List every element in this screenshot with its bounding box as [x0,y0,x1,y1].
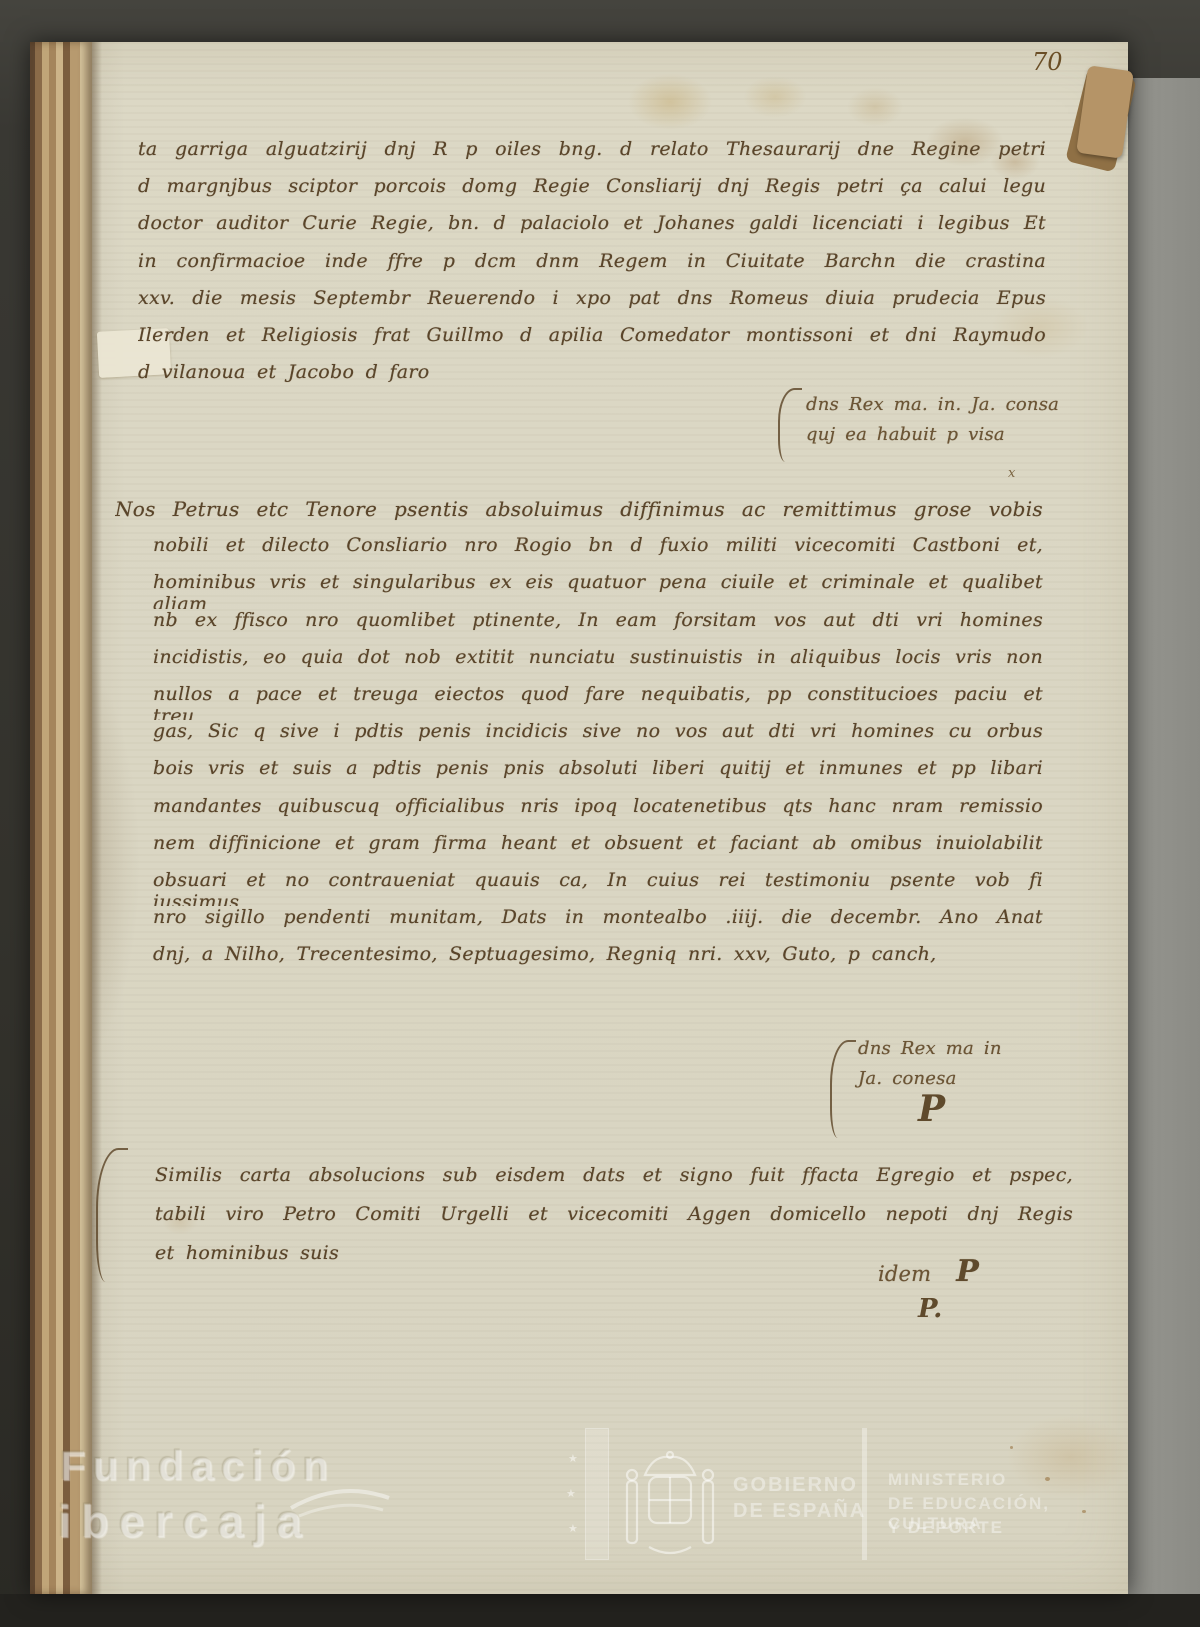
ministerio-watermark-line3: Y DEPORTE [888,1518,1004,1538]
stain [1010,1446,1013,1449]
binding-edge [30,42,92,1594]
margin-bracket [778,388,802,462]
manuscript-line: hominibus vris et singularibus ex eis qu… [115,571,1043,608]
star-icon: ★ [568,1522,578,1535]
folio-number: 70 [1032,48,1063,76]
manuscript-line: incidistis, eo quia dot nob extitit nunc… [115,646,1043,683]
manuscript-line: Nos Petrus etc Tenore psentis absoluimus… [115,497,1043,534]
manuscript-line: nro sigillo pendenti munitam, Dats in mo… [115,906,1043,943]
manuscript-line: mandantes quibuscuq officialibus nris ip… [115,795,1043,832]
star-icon: ★ [568,1452,578,1465]
manuscript-line: obsuari et no contraueniat quauis ca, In… [115,869,1043,906]
notary-flourish: P. [918,1294,942,1324]
chancery-note-1: dns Rex ma. in. Ja. consa quj ea habuit … [806,390,1059,450]
stain [1045,1477,1050,1481]
spain-coat-of-arms-icon [615,1447,725,1562]
manuscript-line: nem diffinicione et gram firma heant et … [115,832,1043,869]
eu-stars-bar [585,1428,609,1560]
note-line: quj ea habuit p visa [806,420,1059,450]
manuscript-line: nobili et dilecto Consliario nro Rogio b… [115,534,1043,571]
text-block-2: Nos Petrus etc Tenore psentis absoluimus… [115,497,1043,980]
idem-signature: idem P [878,1254,979,1289]
notary-flourish: P [956,1254,979,1289]
manuscript-line: doctor auditor Curie Regie, bn. d palaci… [138,212,1046,249]
manuscript-line: d margnjbus sciptor porcois domg Regie C… [138,175,1046,212]
margin-mark: x [1008,466,1015,481]
margin-bracket [96,1148,128,1282]
ministerio-watermark-line1: MINISTERIO [888,1470,1007,1490]
gobierno-watermark-line2: DE ESPAÑA [733,1500,866,1523]
text-block-1: ta garriga alguatzirij dnj R p oiles bng… [138,138,1046,398]
ibercaja-watermark-line2: ibercaja [58,1494,312,1548]
scan-bottom-border [0,1594,1200,1627]
ibercaja-eye-icon [285,1470,395,1530]
manuscript-line: xxv. die mesis Septembr Reuerendo i xpo … [138,287,1046,324]
star-icon: ★ [566,1487,576,1500]
binding-shadow [92,42,102,1594]
watermark-divider [862,1428,867,1560]
gobierno-watermark-line1: GOBIERNO [733,1474,858,1497]
manuscript-line: tabili viro Petro Comiti Urgelli et vice… [155,1203,1073,1242]
margin-bracket [830,1040,856,1138]
scanned-manuscript: 70 x ta garriga alguatzirij dnj R p oile… [0,0,1200,1627]
idem-label: idem [878,1262,931,1286]
manuscript-line: in confirmacioe inde ffre p dcm dnm Rege… [138,250,1046,287]
manuscript-line: Ilerden et Religiosis frat Guillmo d api… [138,324,1046,361]
notary-flourish: P [918,1088,945,1130]
manuscript-line: nb ex ffisco nro quomlibet ptinente, In … [115,609,1043,646]
manuscript-line: dnj, a Nilho, Trecentesimo, Septuagesimo… [115,943,1043,980]
manuscript-line: ta garriga alguatzirij dnj R p oiles bng… [138,138,1046,175]
note-line: dns Rex ma. in. Ja. consa [806,390,1059,420]
manuscript-line: nullos a pace et treuga eiectos quod far… [115,683,1043,720]
manuscript-page: 70 x ta garriga alguatzirij dnj R p oile… [30,42,1128,1594]
manuscript-line: gas, Sic q sive i pdtis penis incidicis … [115,720,1043,757]
manuscript-line: Similis carta absolucions sub eisdem dat… [155,1164,1073,1203]
manuscript-line: bois vris et suis a pdtis penis pnis abs… [115,757,1043,794]
scanner-background-strip [1126,78,1200,1594]
note-line: dns Rex ma in [858,1034,1002,1064]
chancery-note-2: dns Rex ma in Ja. conesa [858,1034,1002,1094]
